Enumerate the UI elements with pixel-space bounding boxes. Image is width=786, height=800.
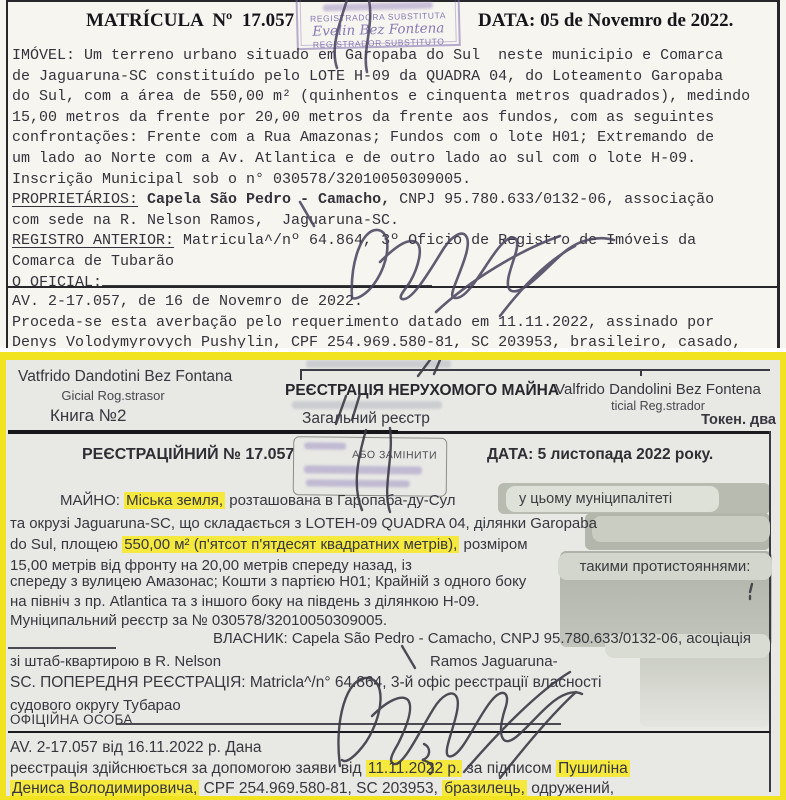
stamp-smudge [306,479,410,487]
highlight-city-land: Міська земля, [124,492,225,509]
av3-post: одружений, [527,780,614,797]
short-underline [8,647,116,649]
stamp-smudge [323,2,433,12]
highlight-surname: Пушиліна [556,760,630,777]
body-line: Муніципальний реєстр за № 030578/3201005… [10,612,387,629]
av2-pre: реєстрація здійснюється за допомогою зая… [10,760,366,777]
right-column-line [769,431,771,792]
translation-title: РЕЄСТРАЦІЯ НЕРУХОМОГО МАЙНА [285,382,559,400]
ukrainian-translation-document: Vatfrido Dandotini Bez Fontana Gicial Ro… [0,352,786,800]
header-bracket-tick [640,369,642,376]
bubble-confrontations-text: такими протистояннями: [580,558,751,575]
official-person-label: ОФІЦІЙНА ОСОБА [10,712,133,727]
area-post: розміром [459,536,527,553]
hq-line-left: зі штаб-квартирою в R. Nelson [10,653,221,670]
av-line: AV. 2-17.057, de 16 de Novemro de 2022. [12,292,784,313]
registro-anterior-line: REGISTRO ANTERIOR: Matricula^/nº 64.864,… [12,231,784,252]
body-line: IMÓVEL: Um terreno urbano situado em Gar… [12,46,784,67]
body-line: um lado ao Norte com a Av. Atlantica e d… [12,149,784,170]
bubble-municipality: у цьому муніципалітеті [506,486,719,512]
bubble-empty [592,516,770,542]
proprietarios-label: PROPRIETÁRIOS: [12,191,138,208]
registrar-stamp: REGISTRADORA SUBSTITUTA Evelin Bez Fonte… [295,0,461,50]
photo-band [640,647,770,727]
faint-stamp-text [292,401,442,409]
body-line: confrontações: Frente com a Rua Amazonas… [12,128,784,149]
header-bracket-line [300,369,770,371]
header-bracket-tick [300,369,302,380]
body-line: 15,00 metros da frente por 20,00 metros … [12,108,784,129]
scanned-registration-document: MATRÍCULA Nº 17.057 DATA: 05 de Novemro … [0,0,786,800]
body-line: de Jaguaruna-SC constituído pelo LOTE H-… [12,67,784,88]
av2-mid: за підписом [462,760,556,777]
highlight-area: 550,00 м² (п'ятсот п'ятдесят квадратних … [122,536,459,553]
av-line-3: Дениса Володимировича, CPF 254.969.580-8… [10,780,614,798]
proprietarios-line: PROPRIETÁRIOS: Capela São Pedro - Camach… [12,190,784,211]
heavy-divider-line-left [8,430,398,434]
registrar-title-left: Gicial Rog.strasor [18,388,208,403]
av-line-2: реєстрація здійснюється за допомогою зая… [10,760,630,778]
registrar-name-right: Valfrido Dandolini Bez Fontena [540,381,776,398]
highlight-date: 11.11.2022 р. [366,760,463,777]
faint-stamp-text [306,360,451,368]
previous-registration-line: SC. ПОПЕРЕДНЯ РЕЄСТРАЦІЯ: Matricla^/n° 6… [10,674,601,692]
property-description-block: IMÓVEL: Um terreno urbano situado em Gar… [12,46,784,293]
area-pre: do Sul, площею [10,536,122,553]
portuguese-matricula-document: MATRÍCULA Nº 17.057 DATA: 05 de Novemro … [0,0,786,348]
matricula-number: MATRÍCULA Nº 17.057 [86,10,294,32]
registration-number: РЕЄСТРАЦІЙНИЙ № 17.057 [82,446,294,464]
owner-line: ВЛАСНИК: Capela São Pedro - Camacho, CNP… [213,630,751,647]
av-line: Proceda-se esta averbação pelo requerime… [12,313,784,334]
token-label: Токен. два [540,412,776,428]
registrar-title-right: ticial Reg.strador [540,399,776,413]
body-line: на північ з пр. Atlantica та з іншого бо… [10,593,479,610]
registro-anterior-label: REGISTRO ANTERIOR: [12,232,174,249]
property-line: МАЙНО: Міська земля, розташована в Гароп… [60,492,456,509]
signature-line [102,274,432,286]
annotation-divider-line [8,731,770,733]
oficial-line: O OFICIAL: [12,273,784,294]
book-number: Книга №2 [50,406,126,426]
oficial-label: O OFICIAL: [12,274,102,291]
bubble-confrontations: такими протистояннями: [558,553,772,580]
general-register-label: Загальний реєстр [302,410,430,428]
highlight-nationality: бразилець, [442,780,527,797]
body-line: Inscrição Municipal sob o n° 030578/3201… [12,170,784,191]
registrar-name-left: Vatfrido Dandotini Bez Fontana [18,368,232,386]
body-line: 15,00 метрів від фронту на 20,00 метрів … [10,557,412,574]
body-line: Comarca de Tubarão [12,252,784,273]
body-line: спереду з вулицею Амазонас; Кошти з парт… [10,573,526,590]
mayno-label: МАЙНО: [60,492,124,509]
highlight-name: Дениса Володимировича, [10,780,199,797]
left-border-line [6,0,8,348]
body-line: com sede na R. Nelson Ramos, Jaguaruna-S… [12,211,784,232]
official-signature-line [116,723,561,725]
stamp-smudge [304,442,346,449]
averbacao-block: AV. 2-17.057, de 16 de Novemro de 2022. … [12,292,784,348]
body-line: та окрузі Jaguaruna-SC, що складається з… [10,515,597,532]
bubble-municipality-text: у цьому муніципалітеті [519,491,672,507]
hq-line-right: Ramos Jaguaruna- [430,653,558,670]
document-date: DATA: 05 de Novemro de 2022. [478,10,733,32]
stamp-smudge [304,465,422,474]
av-line: Denys Volodymyrovych Pushylin, CPF 254.9… [12,333,784,348]
owner-cnpj: CNPJ 95.780.633/0132-06, associação [390,191,714,208]
mayno-rest: розташована в Гаропаба-ду-Сул [225,492,455,509]
area-line: do Sul, площею 550,00 м² (п'ятсот п'ятде… [10,536,528,553]
av-line-1: AV. 2-17.057 від 16.11.2022 р. Дана [10,739,262,757]
stamp-replace-text: АБО ЗАМІНИТИ [352,449,437,462]
registration-date: ДАТА: 5 листопада 2022 року. [487,446,713,464]
body-line: do Sul, com a área de 550,00 m² (quinhen… [12,87,784,108]
owner-name: Capela São Pedro - Camacho, [138,191,390,208]
faded-stamp-box: АБО ЗАМІНИТИ [293,436,448,497]
av3-mid: CPF 254.969.580-81, SC 203953, [199,780,442,797]
registro-anterior-text: Matricula^/nº 64.864, 3º Oficio de Regis… [174,232,696,249]
